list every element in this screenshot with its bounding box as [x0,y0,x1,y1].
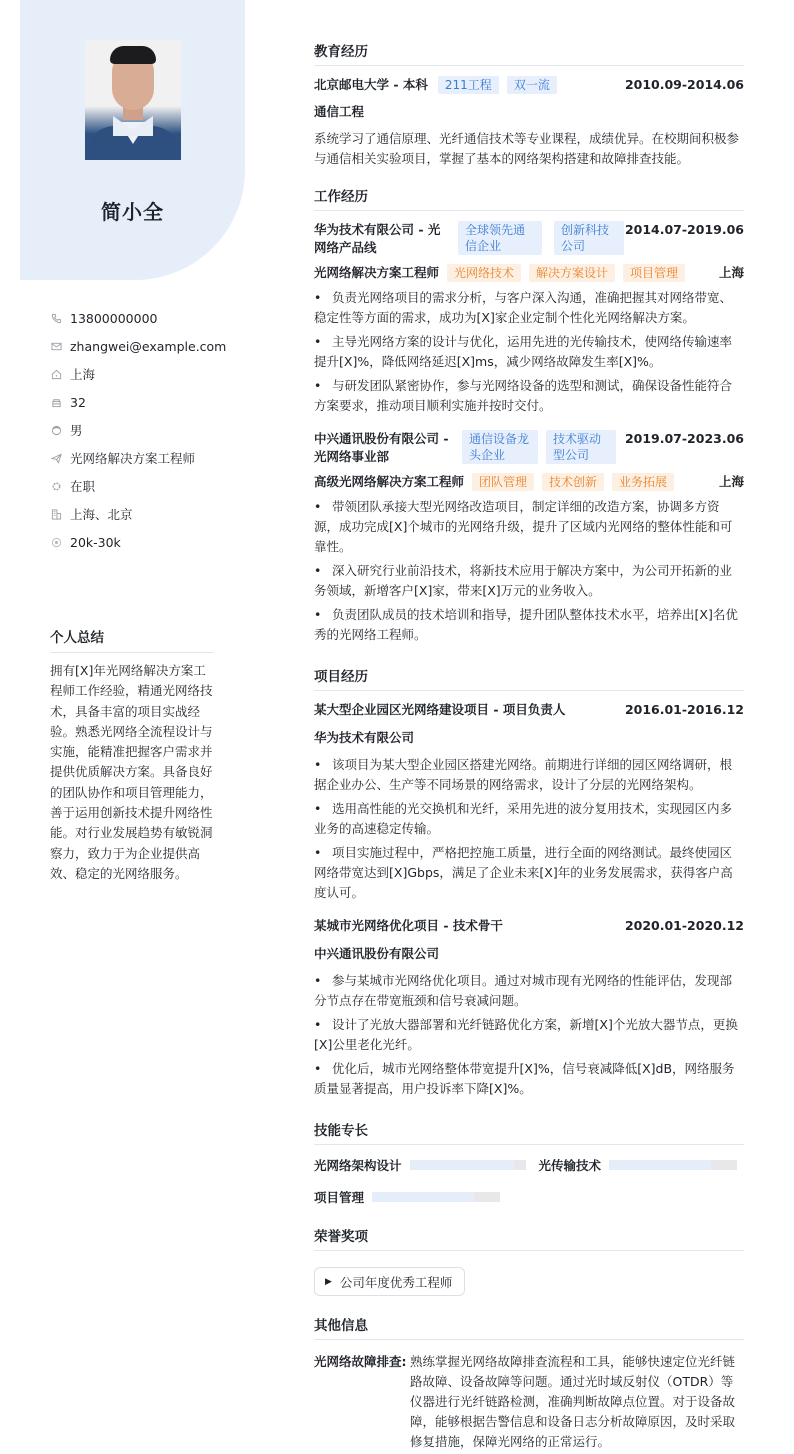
project-name: 某城市光网络优化项目 - 技术骨干 [314,917,503,935]
gender-value: 男 [70,421,83,439]
project-header: 某大型企业园区光网络建设项目 - 项目负责人 2016.01-2016.12 [314,701,744,719]
project-name: 某大型企业园区光网络建设项目 - 项目负责人 [314,701,565,719]
project-item: 某大型企业园区光网络建设项目 - 项目负责人 2016.01-2016.12 华… [314,701,744,903]
skill-bar [372,1192,500,1202]
major: 通信工程 [314,103,744,121]
skill-bar [410,1160,526,1170]
contact-status: 在职 [50,472,250,500]
project-item: 某城市光网络优化项目 - 技术骨干 2020.01-2020.12 中兴通讯股份… [314,917,744,1099]
contact-city: 上海、北京 [50,500,250,528]
project-company: 中兴通讯股份有限公司 [314,945,744,963]
phone-icon [50,312,62,324]
contact-list: 13800000000 zhangwei@example.com 上海 32 男… [50,304,250,556]
other-text: 熟练掌握光网络故障排查流程和工具，能够快速定位光纤链路故障、设备故障等问题。通过… [410,1352,744,1452]
work-section: 工作经历 华为技术有限公司 - 光网络产品线 全球领先通信企业 创新科技公司 2… [314,185,744,645]
skill-name: 项目管理 [314,1188,364,1206]
skill-name: 光传输技术 [539,1156,602,1174]
work-date: 2014.07-2019.06 [625,221,744,239]
main-content: 教育经历 北京邮电大学 - 本科 211工程 双一流 2010.09-2014.… [314,40,744,1452]
age-icon [50,396,62,408]
project-bullet: 项目实施过程中，严格把控施工质量，进行全面的网络测试。最终使园区网络带宽达到[X… [314,843,744,903]
work-heading: 工作经历 [314,185,744,211]
company-tag: 技术驱动型公司 [546,430,616,464]
summary-heading: 个人总结 [50,626,214,653]
company-name: 华为技术有限公司 - 光网络产品线 [314,221,452,257]
skill-bar [609,1160,737,1170]
skill-item: 项目管理 [314,1187,500,1207]
work-item: 中兴通讯股份有限公司 - 光网络事业部 通信设备龙头企业 技术驱动型公司 201… [314,430,744,645]
paper-plane-icon [50,452,62,464]
other-item: 光网络故障排查: 熟练掌握光网络故障排查流程和工具，能够快速定位光纤链路故障、设… [314,1352,744,1452]
project-bullet: 选用高性能的光交换机和光纤，采用先进的波分复用技术，实现园区内多业务的高速稳定传… [314,799,744,839]
phone-value: 13800000000 [70,311,157,326]
work-bullet: 带领团队承接大型光网络改造项目，制定详细的改造方案，协调多方资源，成功完成[X]… [314,497,744,557]
role-tag: 业务拓展 [612,473,674,491]
home-icon [50,368,62,380]
location-value: 上海 [70,365,95,383]
project-date: 2016.01-2016.12 [625,701,744,719]
role-tag: 解决方案设计 [529,264,615,282]
position-value: 光网络解决方案工程师 [70,449,195,467]
company-tag: 创新科技公司 [554,221,624,255]
project-bullet: 该项目为某大型企业园区搭建光网络。前期进行详细的园区网络调研，根据企业办公、生产… [314,755,744,795]
company-name: 中兴通讯股份有限公司 - 光网络事业部 [314,430,452,466]
role-row: 高级光网络解决方案工程师 团队管理 技术创新 业务拓展 上海 [314,473,744,491]
role-row: 光网络解决方案工程师 光网络技术 解决方案设计 项目管理 上海 [314,264,744,282]
project-bullet: 设计了光放大器部署和光纤链路优化方案，新增[X]个光放大器节点，更换[X]公里老… [314,1015,744,1055]
building-icon [50,508,62,520]
education-description: 系统学习了通信原理、光纤通信技术等专业课程，成绩优异。在校期间积极参与通信相关实… [314,129,744,169]
role-tag: 团队管理 [472,473,534,491]
awards-heading: 荣誉奖项 [314,1225,744,1251]
other-label: 光网络故障排查: [314,1352,410,1452]
contact-gender: 男 [50,416,250,444]
contact-location: 上海 [50,360,250,388]
status-gear-icon [50,480,62,492]
award-label: 公司年度优秀工程师 [340,1273,453,1291]
projects-heading: 项目经历 [314,665,744,691]
email-value: zhangwei@example.com [70,339,226,354]
award-item[interactable]: ▶ 公司年度优秀工程师 [314,1267,465,1296]
skills-heading: 技能专长 [314,1119,744,1145]
project-header: 某城市光网络优化项目 - 技术骨干 2020.01-2020.12 [314,917,744,935]
contact-salary: 20k-30k [50,528,250,556]
skills-section: 技能专长 光网络架构设计 光传输技术 项目管理 [314,1119,744,1207]
project-bullet: 优化后，城市光网络整体带宽提升[X]%，信号衰减降低[X]dB，网络服务质量显著… [314,1059,744,1099]
work-date: 2019.07-2023.06 [625,430,744,448]
education-section: 教育经历 北京邮电大学 - 本科 211工程 双一流 2010.09-2014.… [314,40,744,169]
school-name: 北京邮电大学 - 本科 [314,76,428,94]
gender-icon [50,424,62,436]
salary-icon [50,536,62,548]
expand-triangle-icon: ▶ [325,1277,332,1287]
other-heading: 其他信息 [314,1314,744,1340]
skill-name: 光网络架构设计 [314,1156,402,1174]
skill-item: 光网络架构设计 [314,1155,526,1175]
project-company: 华为技术有限公司 [314,729,744,747]
salary-value: 20k-30k [70,535,121,550]
work-bullet: 负责团队成员的技术培训和指导，提升团队整体技术水平，培养出[X]名优秀的光网络工… [314,605,744,645]
candidate-name: 简小全 [20,196,245,225]
school-tag: 双一流 [507,76,557,94]
project-bullet: 参与某城市光网络优化项目。通过对城市现有光网络的性能评估，发现部分节点存在带宽瓶… [314,971,744,1011]
work-bullet: 深入研究行业前沿技术，将新技术应用于解决方案中，为公司开拓新的业务领域，新增客户… [314,561,744,601]
role-tag: 项目管理 [623,264,685,282]
work-location: 上海 [719,473,744,491]
company-tag: 全球领先通信企业 [458,221,542,255]
age-value: 32 [70,395,86,410]
profile-photo [85,40,181,160]
city-value: 上海、北京 [70,505,133,523]
projects-section: 项目经历 某大型企业园区光网络建设项目 - 项目负责人 2016.01-2016… [314,665,744,1099]
role-title: 光网络解决方案工程师 [314,264,439,282]
school-tag: 211工程 [438,76,499,94]
project-date: 2020.01-2020.12 [625,917,744,935]
other-section: 其他信息 光网络故障排查: 熟练掌握光网络故障排查流程和工具，能够快速定位光纤链… [314,1314,744,1452]
awards-section: 荣誉奖项 ▶ 公司年度优秀工程师 [314,1225,744,1296]
contact-age: 32 [50,388,250,416]
work-item-header: 中兴通讯股份有限公司 - 光网络事业部 通信设备龙头企业 技术驱动型公司 201… [314,430,744,466]
role-title: 高级光网络解决方案工程师 [314,473,464,491]
work-bullet: 主导光网络方案的设计与优化，运用先进的光传输技术，使网络传输速率提升[X]%，降… [314,332,744,372]
work-item-header: 华为技术有限公司 - 光网络产品线 全球领先通信企业 创新科技公司 2014.0… [314,221,744,257]
skills-row: 项目管理 [314,1187,744,1207]
contact-email: zhangwei@example.com [50,332,250,360]
contact-phone: 13800000000 [50,304,250,332]
work-bullet: 与研发团队紧密协作，参与光网络设备的选型和测试，确保设备性能符合方案要求，推动项… [314,376,744,416]
education-header: 北京邮电大学 - 本科 211工程 双一流 2010.09-2014.06 [314,76,744,94]
mail-icon [50,340,62,352]
role-tag: 技术创新 [542,473,604,491]
role-tag: 光网络技术 [447,264,521,282]
summary-text: 拥有[X]年光网络解决方案工程师工作经验，精通光网络技术，具备丰富的项目实战经验… [50,661,214,884]
contact-position: 光网络解决方案工程师 [50,444,250,472]
education-date: 2010.09-2014.06 [625,76,744,94]
status-value: 在职 [70,477,95,495]
skills-row: 光网络架构设计 光传输技术 [314,1155,744,1175]
work-location: 上海 [719,264,744,282]
company-tag: 通信设备龙头企业 [462,430,538,464]
skill-item: 光传输技术 [539,1155,738,1175]
work-item: 华为技术有限公司 - 光网络产品线 全球领先通信企业 创新科技公司 2014.0… [314,221,744,416]
work-bullet: 负责光网络项目的需求分析，与客户深入沟通，准确把握其对网络带宽、稳定性等方面的需… [314,288,744,328]
education-heading: 教育经历 [314,40,744,66]
